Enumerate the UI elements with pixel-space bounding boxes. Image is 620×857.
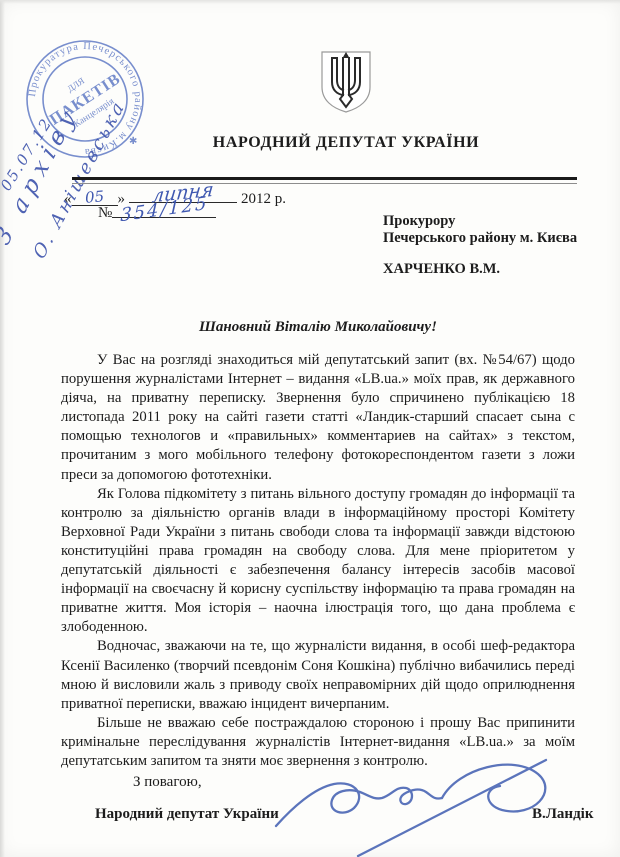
addressee-title: Прокурору — [383, 213, 577, 230]
paragraph: Водночас, зважаючи на те, що журналісти … — [61, 637, 575, 713]
registration-number-line: №354/125 — [98, 201, 216, 222]
paragraph: У Вас на розгляді знаходиться мій депута… — [61, 351, 575, 485]
signer-position: Народний депутат України — [95, 806, 279, 823]
addressee-name: ХАРЧЕНКО В.М. — [383, 261, 577, 278]
number-blank: 354/125 — [112, 201, 216, 218]
closing-regards: З повагою, — [133, 774, 202, 791]
addressee-office: Печерського району м. Києва — [383, 230, 577, 247]
open-quote: « — [64, 191, 72, 207]
paragraph: Більше не вважаю себе постраждалою сторо… — [61, 714, 575, 771]
addressee-block: Прокурору Печерського району м. Києва ХА… — [383, 213, 577, 278]
paragraph: Як Голова підкомітету з питань вільного … — [61, 485, 575, 638]
letterhead-title: НАРОДНИЙ ДЕПУТАТ УКРАЇНИ — [70, 134, 620, 152]
number-sign: № — [98, 205, 112, 221]
letterhead-divider — [72, 177, 577, 184]
ukraine-tryzub-emblem-icon — [318, 49, 374, 115]
salutation: Шановний Віталію Миколайовичу! — [61, 319, 575, 336]
scan-edge — [0, 0, 620, 4]
signer-name: В.Ландік — [532, 806, 593, 823]
scan-edge — [0, 0, 5, 857]
letter-body: У Вас на розгляді знаходиться мій депута… — [61, 351, 575, 771]
year-label: 2012 р. — [241, 191, 286, 207]
scanned-letter-page: Прокуратура Печерського району м.Києва ✱… — [0, 0, 620, 857]
